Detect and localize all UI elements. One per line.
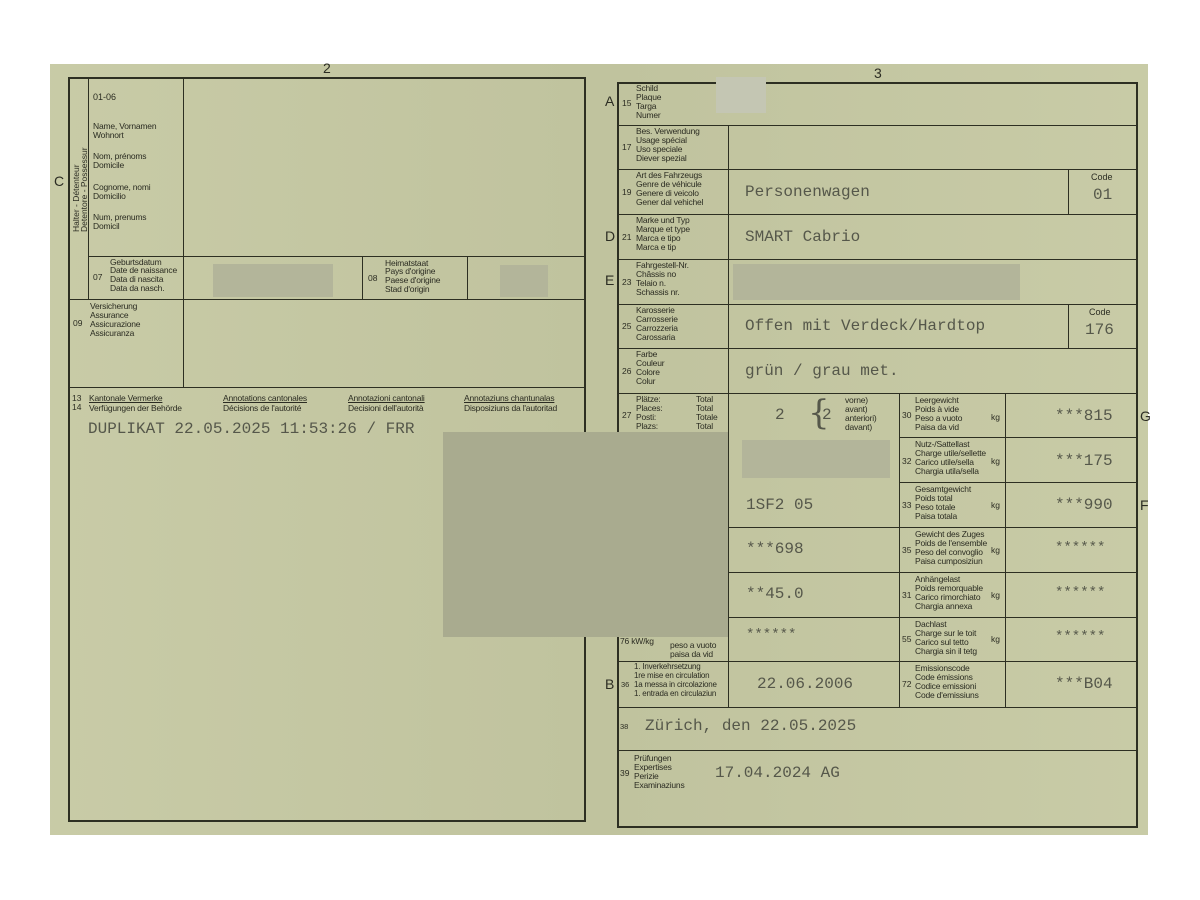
- body-value: Offen mit Verdeck/Hardtop: [745, 317, 985, 335]
- inspection-value: 17.04.2024 AG: [715, 764, 840, 782]
- section-letter-b: B: [605, 676, 614, 692]
- redacted-origin: [500, 265, 548, 297]
- section-letter-c: C: [54, 173, 64, 189]
- trailer-load-value: ******: [1055, 585, 1105, 601]
- power-weight-value: ******: [746, 627, 796, 643]
- empty-weight-value: ***815: [1055, 407, 1113, 425]
- place-date-value: Zürich, den 22.05.2025: [645, 717, 856, 735]
- seats-total-value: 2: [775, 406, 785, 424]
- emission-code-value: ***B04: [1055, 675, 1113, 693]
- section-letter-d: D: [605, 228, 615, 244]
- redacted-birthdate: [213, 264, 333, 297]
- section-letter-a: A: [605, 93, 614, 109]
- train-weight-value: ******: [1055, 540, 1105, 556]
- page-number-left: 2: [323, 60, 331, 76]
- seats-front-value: 2: [822, 406, 832, 424]
- total-weight-value: ***990: [1055, 496, 1113, 514]
- duplicate-stamp: DUPLIKAT 22.05.2025 11:53:26 / FRR: [88, 420, 414, 438]
- holder-vertical-label-2: Detentore - Possessur: [80, 147, 89, 232]
- redacted-chassis: [733, 264, 1020, 300]
- roof-load-value: ******: [1055, 629, 1105, 645]
- section-letter-f: F: [1140, 497, 1149, 513]
- redacted-plate: [716, 77, 766, 113]
- page-number-right: 3: [874, 65, 882, 81]
- vehicle-type-code: 01: [1093, 186, 1112, 204]
- engine-value: 1SF2 05: [746, 496, 813, 514]
- redacted-block: [443, 432, 728, 637]
- section-letter-g: G: [1140, 408, 1151, 424]
- power-value: **45.0: [746, 585, 804, 603]
- body-code: 176: [1085, 321, 1114, 339]
- displacement-value: ***698: [746, 540, 804, 558]
- vehicle-type-value: Personenwagen: [745, 183, 870, 201]
- section-letter-e: E: [605, 272, 614, 288]
- payload-value: ***175: [1055, 452, 1113, 470]
- make-model-value: SMART Cabrio: [745, 228, 860, 246]
- first-registration-value: 22.06.2006: [757, 675, 853, 693]
- redacted-middle-value: [742, 440, 890, 478]
- color-value: grün / grau met.: [745, 362, 899, 380]
